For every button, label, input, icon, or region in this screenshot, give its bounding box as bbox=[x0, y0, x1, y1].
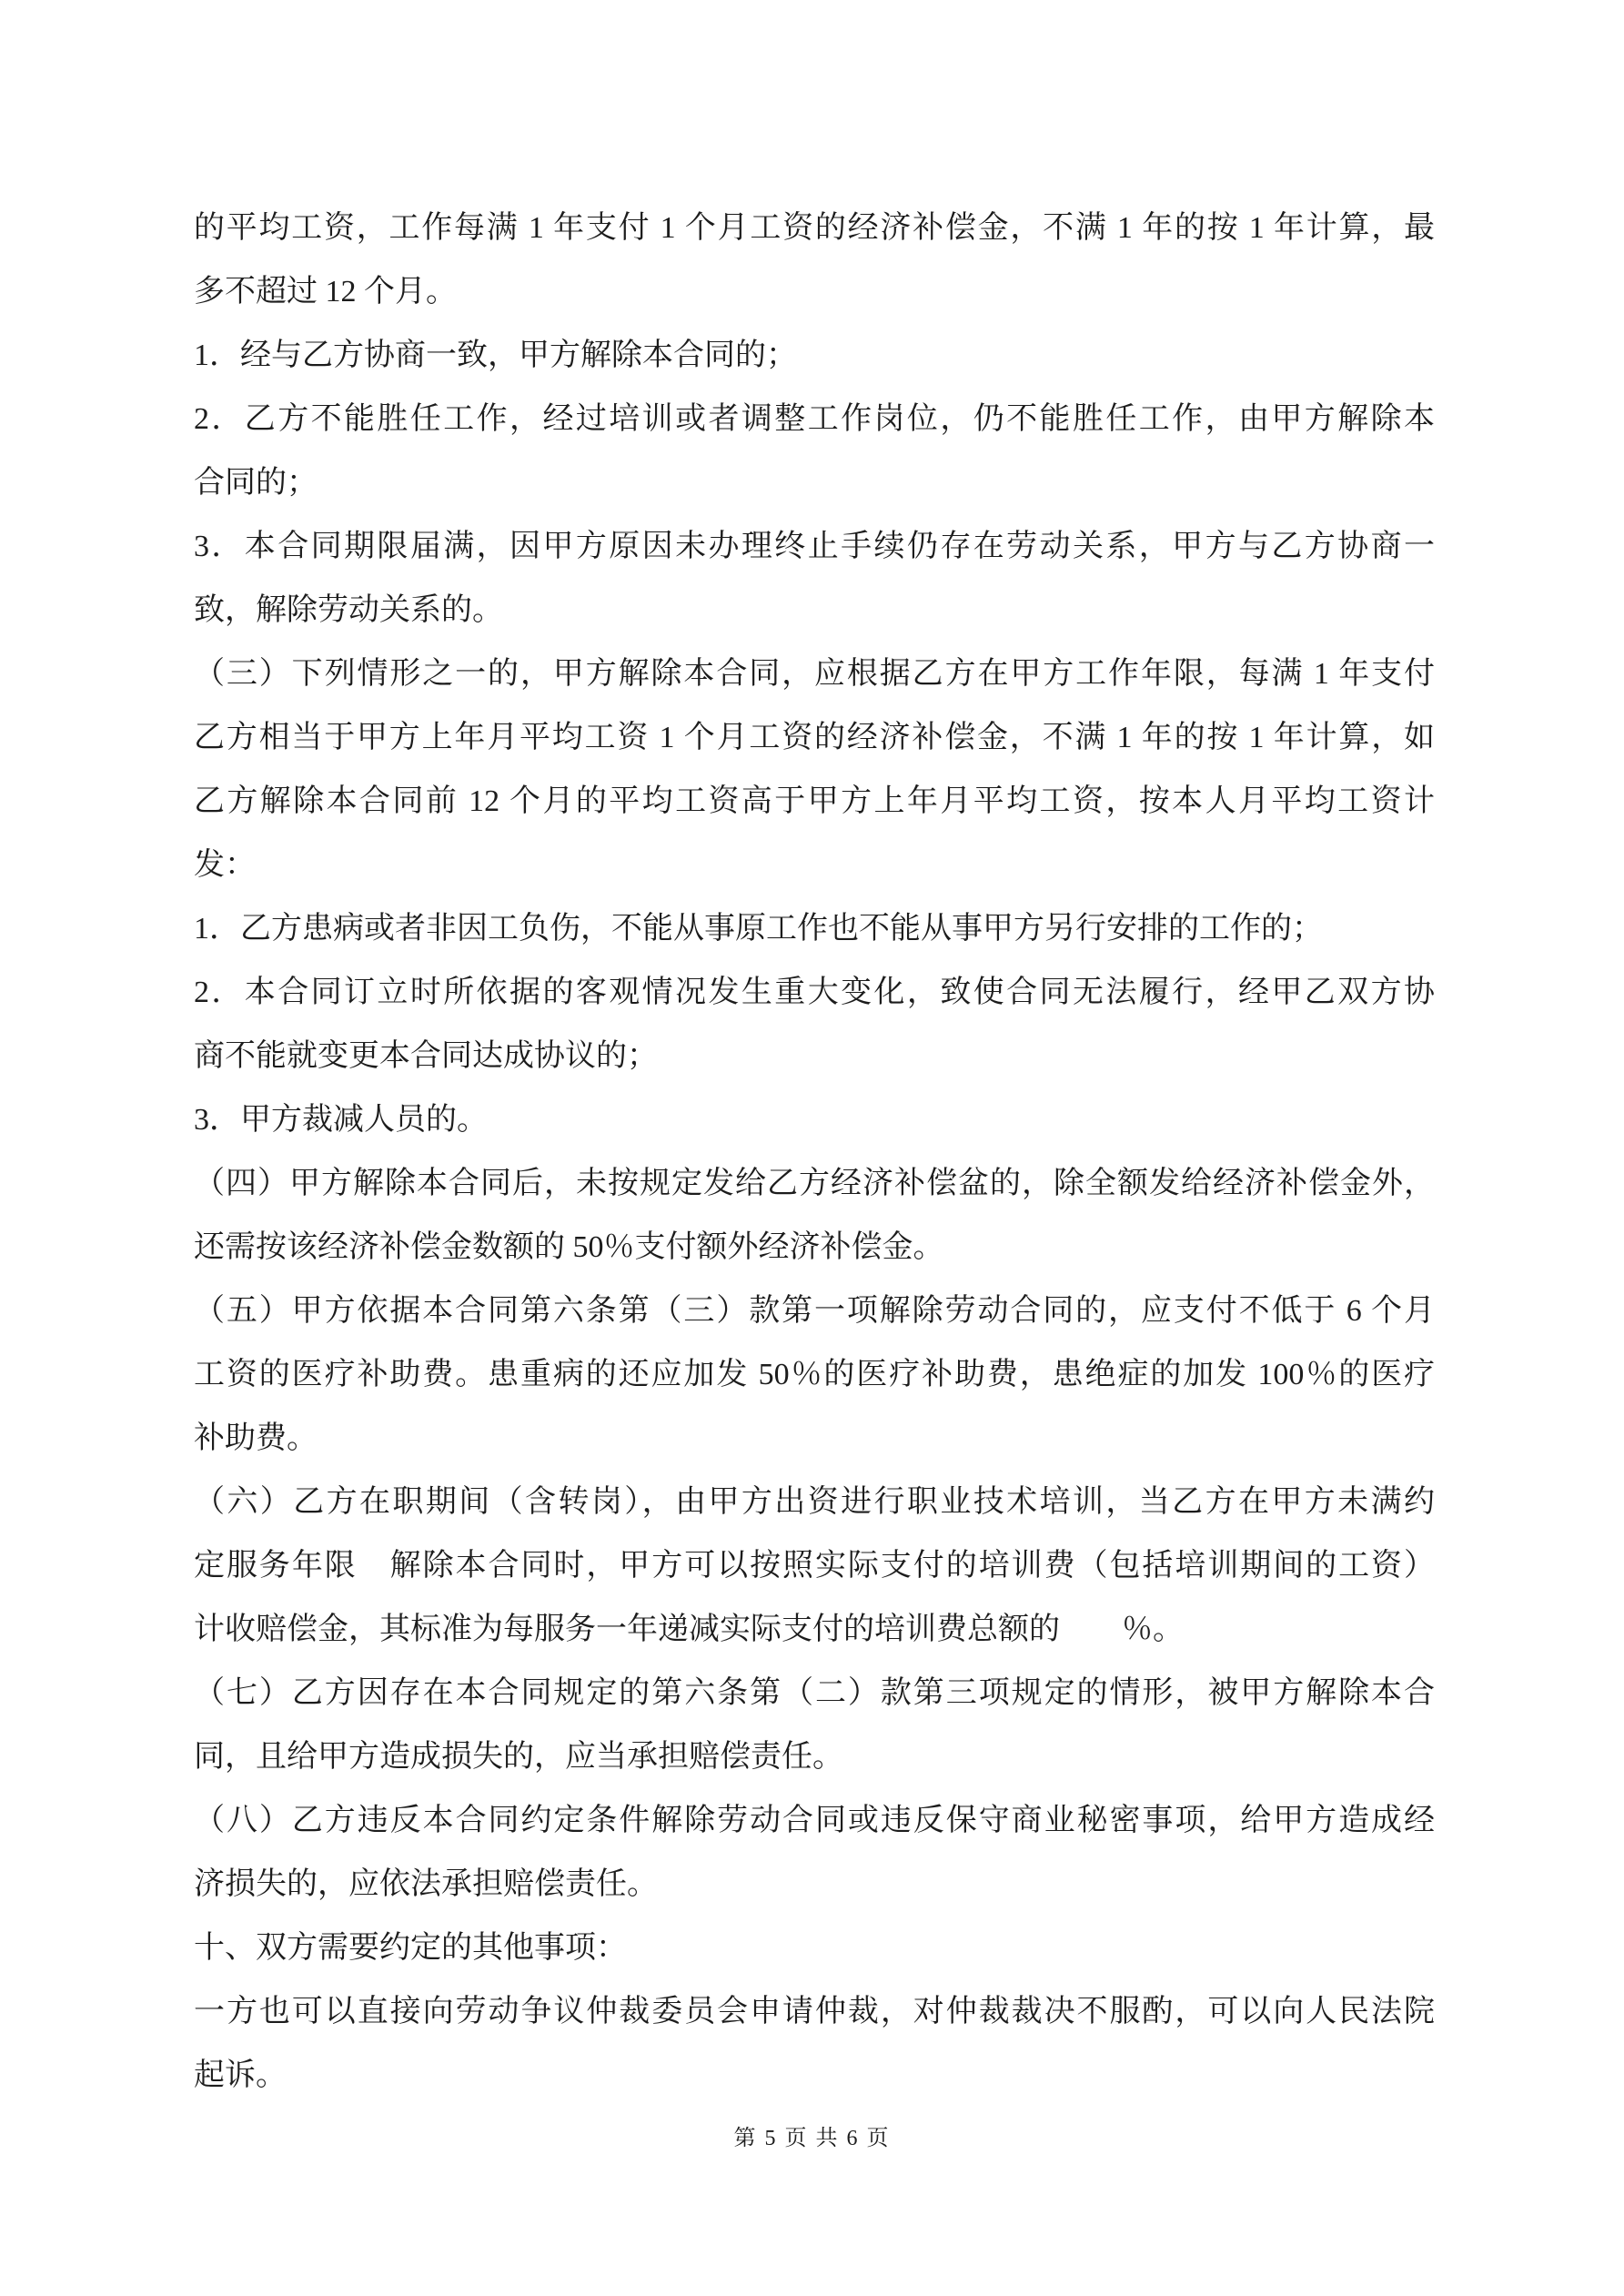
text-line: 的平均工资，工作每满 1 年支付 1 个月工资的经济补偿金，不满 1 年的按 1… bbox=[194, 197, 1435, 260]
text-line: 同，且给甲方造成损失的，应当承担赔偿责任。 bbox=[194, 1725, 1435, 1789]
text-line: （四）甲方解除本合同后，未按规定发给乙方经济补偿盆的，除全额发给经济补偿金外， bbox=[194, 1152, 1435, 1216]
text-line: 补助费。 bbox=[194, 1407, 1435, 1471]
document-page: 的平均工资，工作每满 1 年支付 1 个月工资的经济补偿金，不满 1 年的按 1… bbox=[0, 0, 1624, 2296]
text-line: 计收赔偿金，其标准为每服务一年递减实际支付的培训费总额的 ％。 bbox=[194, 1598, 1435, 1662]
text-line: 乙方相当于甲方上年月平均工资 1 个月工资的经济补偿金，不满 1 年的按 1 年… bbox=[194, 706, 1435, 770]
text-line: 工资的医疗补助费。患重病的还应加发 50％的医疗补助费，患绝症的加发 100％的… bbox=[194, 1343, 1435, 1407]
text-line: 3．甲方裁减人员的。 bbox=[194, 1088, 1435, 1152]
text-line: 多不超过 12 个月。 bbox=[194, 260, 1435, 324]
text-line: 起诉。 bbox=[194, 2044, 1435, 2108]
text-line: 致，解除劳动关系的。 bbox=[194, 579, 1435, 642]
text-line: 发： bbox=[194, 834, 1435, 897]
document-body: 的平均工资，工作每满 1 年支付 1 个月工资的经济补偿金，不满 1 年的按 1… bbox=[194, 197, 1435, 2108]
text-line: 合同的； bbox=[194, 451, 1435, 515]
text-line: 一方也可以直接向劳动争议仲裁委员会申请仲裁，对仲裁裁决不服酌，可以向人民法院 bbox=[194, 1980, 1435, 2044]
text-line: 商不能就变更本合同达成协议的； bbox=[194, 1025, 1435, 1088]
text-line: 2．乙方不能胜任工作，经过培训或者调整工作岗位，仍不能胜任工作，由甲方解除本 bbox=[194, 388, 1435, 451]
text-line: 十、双方需要约定的其他事项： bbox=[194, 1917, 1435, 1980]
page-footer: 第 5 页 共 6 页 bbox=[0, 2120, 1624, 2157]
text-line: 2．本合同订立时所依据的客观情况发生重大变化，致使合同无法履行，经甲乙双方协 bbox=[194, 961, 1435, 1025]
text-line: （三）下列情形之一的，甲方解除本合同，应根据乙方在甲方工作年限，每满 1 年支付 bbox=[194, 642, 1435, 706]
text-line: 济损失的，应依法承担赔偿责任。 bbox=[194, 1853, 1435, 1917]
text-line: （六）乙方在职期间（含转岗），由甲方出资进行职业技术培训，当乙方在甲方未满约 bbox=[194, 1471, 1435, 1534]
text-line: 定服务年限 解除本合同时，甲方可以按照实际支付的培训费（包括培训期间的工资） bbox=[194, 1534, 1435, 1598]
text-line: 3．本合同期限届满，因甲方原因未办理终止手续仍存在劳动关系，甲方与乙方协商一 bbox=[194, 515, 1435, 579]
text-line: 1．乙方患病或者非因工负伤，不能从事原工作也不能从事甲方另行安排的工作的； bbox=[194, 897, 1435, 961]
text-line: （五）甲方依据本合同第六条第（三）款第一项解除劳动合同的，应支付不低于 6 个月 bbox=[194, 1279, 1435, 1343]
text-line: 还需按该经济补偿金数额的 50％支付额外经济补偿金。 bbox=[194, 1216, 1435, 1279]
text-line: 乙方解除本合同前 12 个月的平均工资高于甲方上年月平均工资，按本人月平均工资计 bbox=[194, 770, 1435, 834]
text-line: （八）乙方违反本合同约定条件解除劳动合同或违反保守商业秘密事项，给甲方造成经 bbox=[194, 1789, 1435, 1853]
text-line: 1．经与乙方协商一致，甲方解除本合同的； bbox=[194, 324, 1435, 388]
text-line: （七）乙方因存在本合同规定的第六条第（二）款第三项规定的情形，被甲方解除本合 bbox=[194, 1662, 1435, 1725]
